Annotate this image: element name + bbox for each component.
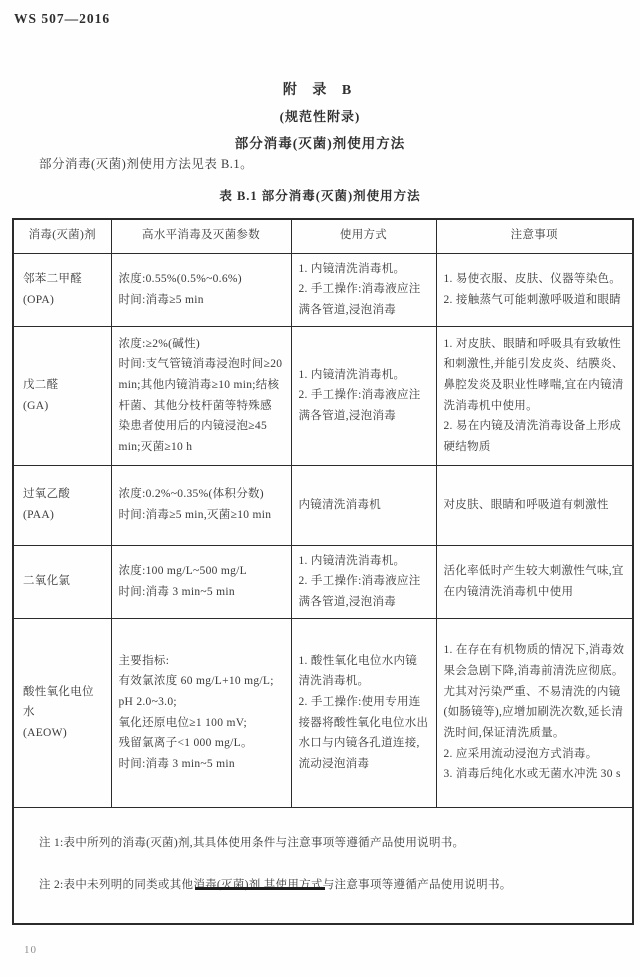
table-row: 戊二醛 (GA) 浓度:≥2%(碱性) 时间:支气管镜消毒浸泡时间≥20 min… bbox=[13, 326, 633, 465]
cell-usage: 1. 内镜清洗消毒机。 2. 手工操作:消毒液应注满各管道,浸泡消毒 bbox=[291, 253, 436, 326]
cell-precautions: 1. 对皮肤、眼睛和呼吸具有致敏性和刺激性,并能引发皮炎、结膜炎、鼻腔发炎及职业… bbox=[436, 326, 633, 465]
document-page: WS 507—2016 附 录 B (规范性附录) 部分消毒(灭菌)剂使用方法 … bbox=[0, 0, 640, 977]
table-row: 二氧化氯 浓度:100 mg/L~500 mg/L 时间:消毒 3 min~5 … bbox=[13, 545, 633, 618]
header-parameters: 高水平消毒及灭菌参数 bbox=[111, 219, 291, 253]
cell-precautions: 对皮肤、眼睛和呼吸道有刺激性 bbox=[436, 465, 633, 545]
standard-code: WS 507—2016 bbox=[14, 11, 110, 27]
cell-usage: 1. 内镜清洗消毒机。 2. 手工操作:消毒液应注满各管道,浸泡消毒 bbox=[291, 326, 436, 465]
table-row: 酸性氧化电位水 (AEOW) 主要指标: 有效氯浓度 60 mg/L+10 mg… bbox=[13, 618, 633, 807]
appendix-subtitle: (规范性附录) bbox=[0, 106, 640, 125]
table-notes-row: 注 1:表中所列的消毒(灭菌)剂,其具体使用条件与注意事项等遵循产品使用说明书。… bbox=[13, 807, 633, 924]
appendix-heading: 部分消毒(灭菌)剂使用方法 bbox=[0, 132, 640, 152]
header-precautions: 注意事项 bbox=[436, 219, 633, 253]
intro-paragraph: 部分消毒(灭菌)剂使用方法见表 B.1。 bbox=[14, 154, 626, 172]
cell-parameters: 浓度:≥2%(碱性) 时间:支气管镜消毒浸泡时间≥20 min;其他内镜消毒≥1… bbox=[111, 326, 291, 465]
cell-precautions: 活化率低时产生较大刺激性气味,宜在内镜清洗消毒机中使用 bbox=[436, 545, 633, 618]
header-usage-method: 使用方式 bbox=[291, 219, 436, 253]
table-note-2: 注 2:表中未列明的同类或其他消毒(灭菌)剂,其使用方式与注意事项等遵循产品使用… bbox=[39, 875, 622, 896]
table-notes: 注 1:表中所列的消毒(灭菌)剂,其具体使用条件与注意事项等遵循产品使用说明书。… bbox=[13, 807, 633, 924]
cell-usage: 1. 内镜清洗消毒机。 2. 手工操作:消毒液应注满各管道,浸泡消毒 bbox=[291, 545, 436, 618]
table-header-row: 消毒(灭菌)剂 高水平消毒及灭菌参数 使用方式 注意事项 bbox=[13, 219, 633, 253]
cell-precautions: 1. 在存在有机物质的情况下,消毒效果会急剧下降,消毒前清洗应彻底。尤其对污染严… bbox=[436, 618, 633, 807]
cell-parameters: 浓度:100 mg/L~500 mg/L 时间:消毒 3 min~5 min bbox=[111, 545, 291, 618]
cell-precautions: 1. 易使衣服、皮肤、仪器等染色。 2. 接触蒸气可能刺激呼吸道和眼睛 bbox=[436, 253, 633, 326]
appendix-title: 附 录 B bbox=[0, 79, 640, 99]
table-note-1: 注 1:表中所列的消毒(灭菌)剂,其具体使用条件与注意事项等遵循产品使用说明书。 bbox=[39, 833, 622, 854]
cell-parameters: 浓度:0.2%~0.35%(体积分数) 时间:消毒≥5 min,灭菌≥10 mi… bbox=[111, 465, 291, 545]
appendix-title-block: 附 录 B (规范性附录) 部分消毒(灭菌)剂使用方法 bbox=[0, 79, 640, 152]
cell-usage: 1. 酸性氧化电位水内镜清洗消毒机。 2. 手工操作:使用专用连接器将酸性氧化电… bbox=[291, 618, 436, 807]
cell-name: 酸性氧化电位水 (AEOW) bbox=[13, 618, 111, 807]
table-row: 过氧乙酸 (PAA) 浓度:0.2%~0.35%(体积分数) 时间:消毒≥5 m… bbox=[13, 465, 633, 545]
cell-parameters: 主要指标: 有效氯浓度 60 mg/L+10 mg/L; pH 2.0~3.0;… bbox=[111, 618, 291, 807]
table-caption: 表 B.1 部分消毒(灭菌)剂使用方法 bbox=[0, 186, 640, 204]
header-disinfectant: 消毒(灭菌)剂 bbox=[13, 219, 111, 253]
cell-parameters: 浓度:0.55%(0.5%~0.6%) 时间:消毒≥5 min bbox=[111, 253, 291, 326]
cell-name: 戊二醛 (GA) bbox=[13, 326, 111, 465]
page-number: 10 bbox=[24, 944, 37, 956]
disinfectant-usage-table: 消毒(灭菌)剂 高水平消毒及灭菌参数 使用方式 注意事项 邻苯二甲醛 (OPA)… bbox=[12, 218, 634, 925]
end-of-text-rule bbox=[195, 887, 325, 890]
table-row: 邻苯二甲醛 (OPA) 浓度:0.55%(0.5%~0.6%) 时间:消毒≥5 … bbox=[13, 253, 633, 326]
cell-name: 邻苯二甲醛 (OPA) bbox=[13, 253, 111, 326]
cell-name: 过氧乙酸 (PAA) bbox=[13, 465, 111, 545]
cell-usage: 内镜清洗消毒机 bbox=[291, 465, 436, 545]
cell-name: 二氧化氯 bbox=[13, 545, 111, 618]
